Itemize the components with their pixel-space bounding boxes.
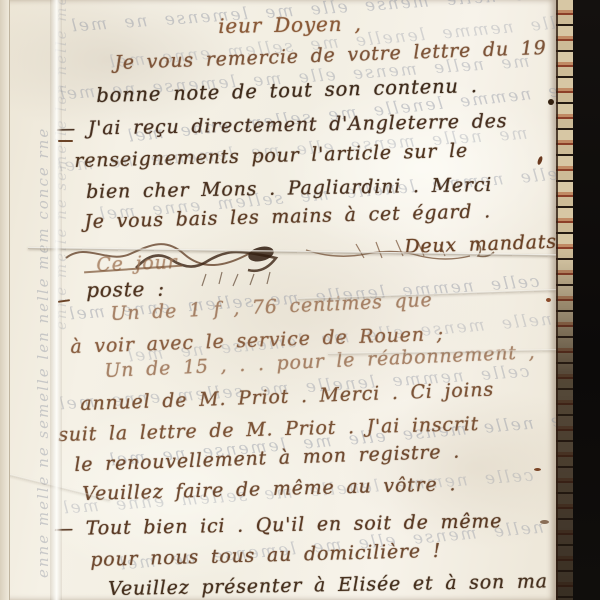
ink-speck	[534, 468, 541, 471]
ink-speck	[548, 99, 554, 105]
letter-line: bien cher Mons . Pagliardini . Merci	[86, 174, 492, 203]
letter-line: Veuillez présenter à Elisée et à son ma	[108, 570, 548, 600]
margin-ink-dash	[58, 140, 73, 142]
ink-speck	[537, 156, 544, 166]
manuscript-photo: me nelle mense elle me lemense ne mellem…	[0, 0, 600, 600]
letter-line: pour nous tous au domicilière !	[90, 540, 441, 571]
letter-line: poste :	[86, 277, 165, 302]
dark-background	[573, 0, 600, 600]
letter-line-struck: Ce jour	[96, 251, 178, 276]
ink-speck	[546, 298, 551, 302]
letter-page: me nelle mense elle me lemense ne mellem…	[0, 0, 556, 600]
ink-speck	[540, 520, 549, 524]
letter-salutation: ieur Doyen ,	[218, 11, 362, 37]
left-page-edge	[0, 0, 10, 600]
